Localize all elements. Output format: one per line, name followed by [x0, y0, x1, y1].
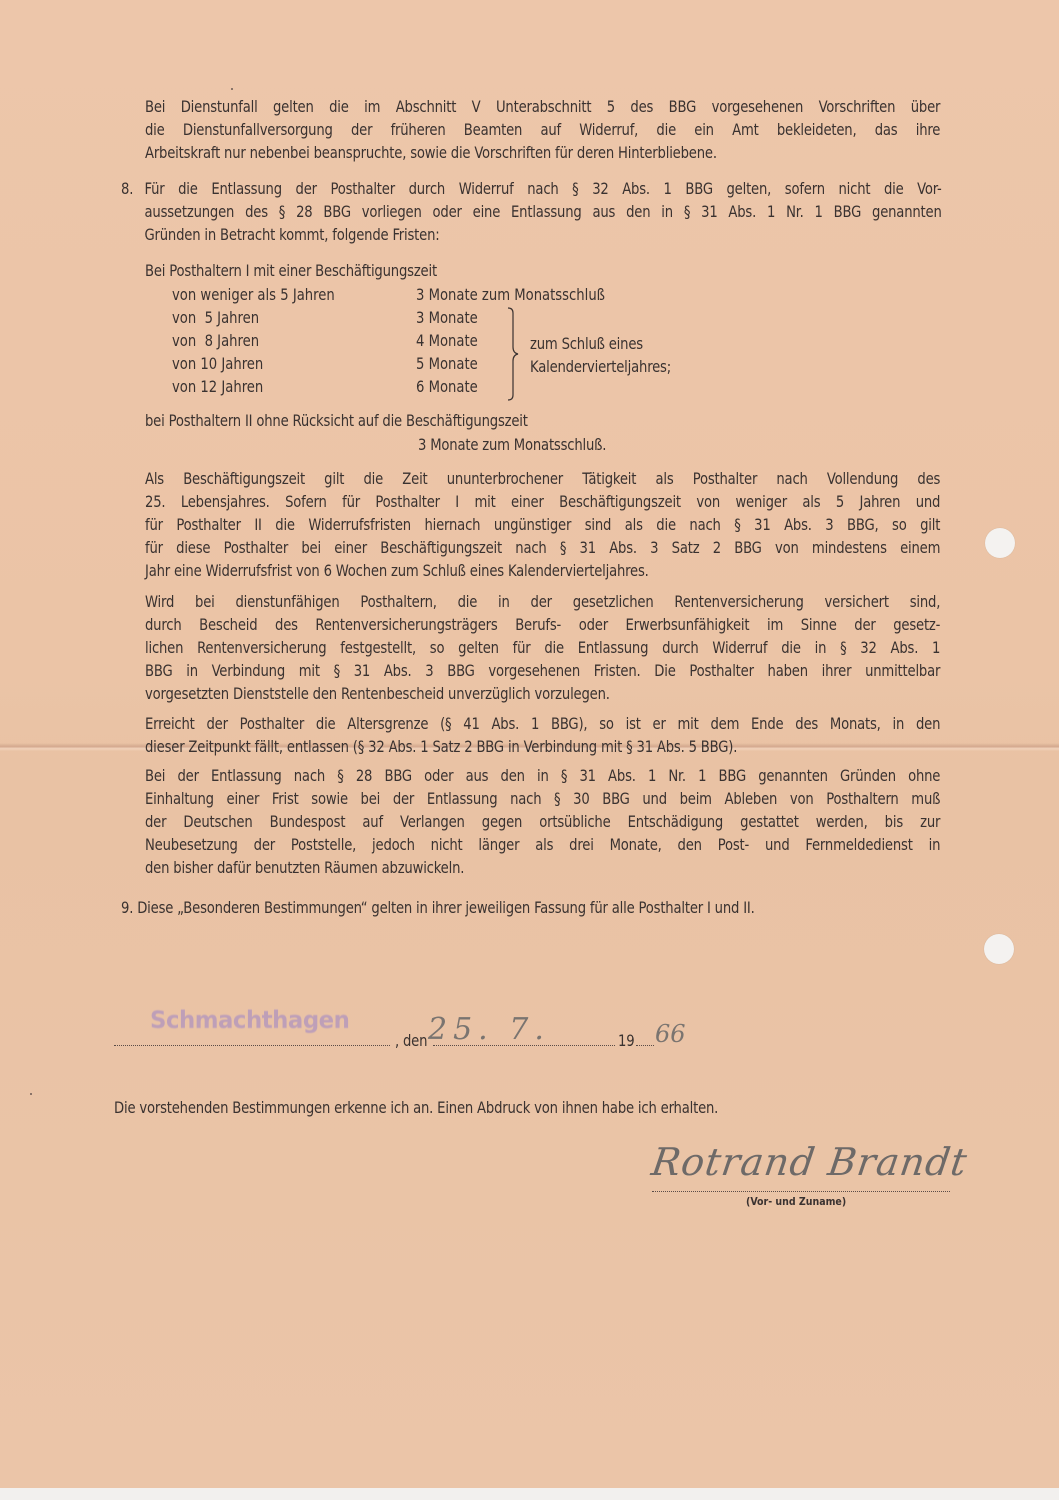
acknowledgement-text: Die vorstehenden Bestimmungen erkenne ic… [114, 1097, 718, 1120]
posthalter-2-heading: bei Posthaltern II ohne Rücksicht auf di… [145, 410, 528, 433]
ink-speck [30, 1093, 32, 1095]
paragraph-line: vorgesetzten Dienststelle den Rentenbesc… [145, 683, 940, 706]
paragraph-line: Als Beschäftigungszeit gilt die Zeit unu… [145, 468, 940, 491]
brace-note: zum Schluß eines Kalendervierteljahres; [530, 333, 671, 379]
altersgrenze-paragraph: Erreicht der Posthalter die Altersgrenze… [145, 713, 940, 759]
paragraph-line: dieser Zeitpunkt fällt, entlassen (§ 32 … [145, 736, 940, 759]
notice-cell: 4 Monate [416, 330, 478, 353]
handwritten-date: 25. 7. [428, 1012, 550, 1047]
paragraph-line: der Deutschen Bundespost auf Verlangen g… [145, 811, 940, 834]
dienstunfaehig-paragraph: Wird bei dienstunfähigen Posthaltern, di… [145, 591, 940, 706]
dienstunfall-paragraph: Bei Dienstunfall gelten die im Abschnitt… [145, 96, 940, 165]
paragraph-line: Bei der Entlassung nach § 28 BBG oder au… [145, 765, 940, 788]
period-cell: von 8 Jahren [172, 330, 259, 353]
paragraph-line: Einhaltung einer Frist sowie bei der Ent… [145, 788, 940, 811]
item-9: 9. Diese „Besonderen Bestimmungen“ gelte… [121, 897, 755, 920]
right-brace-icon [506, 307, 520, 401]
entlassung-paragraph: Bei der Entlassung nach § 28 BBG oder au… [145, 765, 940, 880]
notice-cell: 5 Monate [416, 353, 478, 376]
paragraph-line: für diese Posthalter bei einer Beschäfti… [145, 537, 940, 560]
paragraph-line: 25. Lebensjahres. Sofern für Posthalter … [145, 491, 940, 514]
paragraph-line: BBG in Verbindung mit § 31 Abs. 3 BBG vo… [145, 660, 940, 683]
paragraph-line: aussetzungen des § 28 BBG vorliegen oder… [145, 201, 942, 224]
year-prefix: 19 [618, 1030, 634, 1053]
paragraph-line: Für die Entlassung der Posthalter durch … [145, 178, 942, 201]
beschaeftigungszeit-paragraph: Als Beschäftigungszeit gilt die Zeit unu… [145, 468, 940, 583]
place-stamp: Schmachthagen [150, 1006, 349, 1034]
notice-cell: 3 Monate zum Monatsschluß [416, 284, 605, 307]
paragraph-line: Neubesetzung der Poststelle, jedoch nich… [145, 834, 940, 857]
scan-border [0, 1488, 1059, 1500]
paragraph-line: Erreicht der Posthalter die Altersgrenze… [145, 713, 940, 736]
paragraph-line: für Posthalter II die Widerrufsfristen h… [145, 514, 940, 537]
paragraph-line: durch Bescheid des Rentenversicherungstr… [145, 614, 940, 637]
period-cell: von 10 Jahren [172, 353, 263, 376]
brace-note-line: zum Schluß eines [530, 333, 671, 356]
paragraph-line: lichen Rentenversicherung festgestellt, … [145, 637, 940, 660]
paragraph-line: die Dienstunfallversorgung der früheren … [145, 119, 940, 142]
paragraph-line: Bei Dienstunfall gelten die im Abschnitt… [145, 96, 940, 119]
handwritten-signature: Rotrand Brandt [649, 1140, 970, 1184]
year-field[interactable] [636, 1045, 654, 1046]
item-number: 8. [121, 178, 133, 201]
place-field[interactable] [114, 1045, 390, 1046]
handwritten-year: 66 [655, 1020, 686, 1048]
paragraph-line: Arbeitskraft nur nebenbei beanspruchte, … [145, 142, 940, 165]
paragraph-line: den bisher dafür benutzten Räumen abzuwi… [145, 857, 940, 880]
period-cell: von 5 Jahren [172, 307, 259, 330]
paragraph-line: Gründen in Betracht kommt, folgende Fris… [145, 224, 942, 247]
punch-hole-icon [985, 528, 1015, 558]
punch-hole-icon [984, 934, 1014, 964]
notice-cell: 3 Monate [416, 307, 478, 330]
posthalter-2-term: 3 Monate zum Monatsschluß. [418, 434, 606, 457]
brace-note-line: Kalendervierteljahres; [530, 356, 671, 379]
signature-field[interactable] [652, 1191, 950, 1192]
period-cell: von weniger als 5 Jahren [172, 284, 335, 307]
den-label: , den [395, 1030, 427, 1053]
ink-speck [231, 88, 233, 90]
period-cell: von 12 Jahren [172, 376, 263, 399]
notice-cell: 6 Monate [416, 376, 478, 399]
paragraph-line: Wird bei dienstunfähigen Posthaltern, di… [145, 591, 940, 614]
paragraph-line: Jahr eine Widerrufsfrist von 6 Wochen zu… [145, 560, 940, 583]
posthalter-1-heading: Bei Posthaltern I mit einer Beschäftigun… [145, 260, 437, 283]
signature-caption: (Vor- und Zuname) [746, 1196, 846, 1208]
